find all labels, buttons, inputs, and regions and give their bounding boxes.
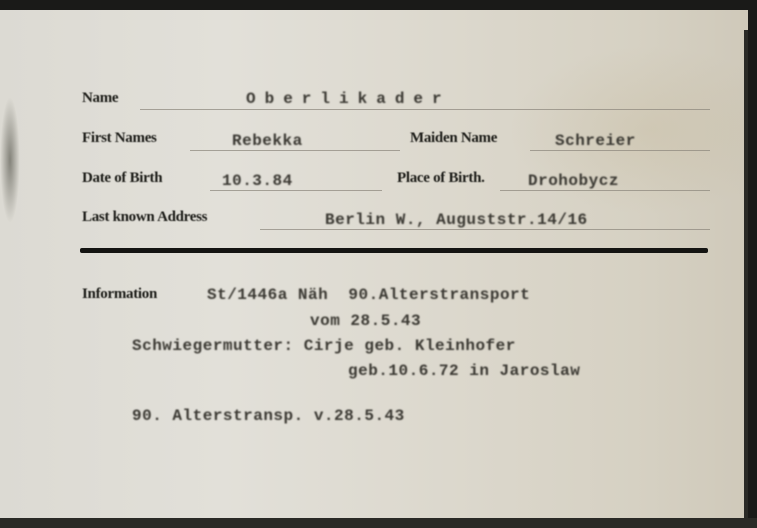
name-label: Name [82, 90, 118, 107]
first-names-label: First Names [82, 130, 157, 147]
information-line-4: geb.10.6.72 in Jaroslaw [348, 362, 580, 380]
date-of-birth-label: Date of Birth [82, 170, 162, 187]
information-line-5: 90. Alterstransp. v.28.5.43 [132, 407, 405, 425]
maiden-name-label: Maiden Name [410, 130, 497, 147]
date-of-birth-value: 10.3.84 [222, 172, 293, 190]
place-of-birth-underline [500, 190, 710, 191]
card-right-edge [744, 30, 748, 522]
place-of-birth-value: Drohobycz [528, 172, 619, 190]
information-line-2: vom 28.5.43 [310, 312, 421, 330]
maiden-name-underline [530, 150, 710, 151]
section-divider [80, 248, 708, 253]
address-underline [260, 229, 710, 230]
card-bottom-edge [0, 518, 757, 528]
record-card: Name Oberlikader First Names Rebekka Mai… [0, 10, 748, 522]
place-of-birth-label: Place of Birth. [397, 170, 485, 187]
first-names-value: Rebekka [232, 132, 303, 150]
information-label: Information [82, 286, 157, 303]
name-underline [140, 109, 710, 110]
information-line-3: Schwiegermutter: Cirje geb. Kleinhofer [132, 337, 516, 355]
maiden-name-value: Schreier [555, 132, 636, 150]
name-value: Oberlikader [246, 90, 451, 108]
first-names-underline [190, 150, 400, 151]
information-line-1: St/1446a Näh 90.Alterstransport [207, 286, 530, 304]
last-known-address-label: Last known Address [82, 209, 207, 226]
last-known-address-value: Berlin W., Auguststr.14/16 [325, 211, 588, 229]
date-of-birth-underline [210, 190, 382, 191]
